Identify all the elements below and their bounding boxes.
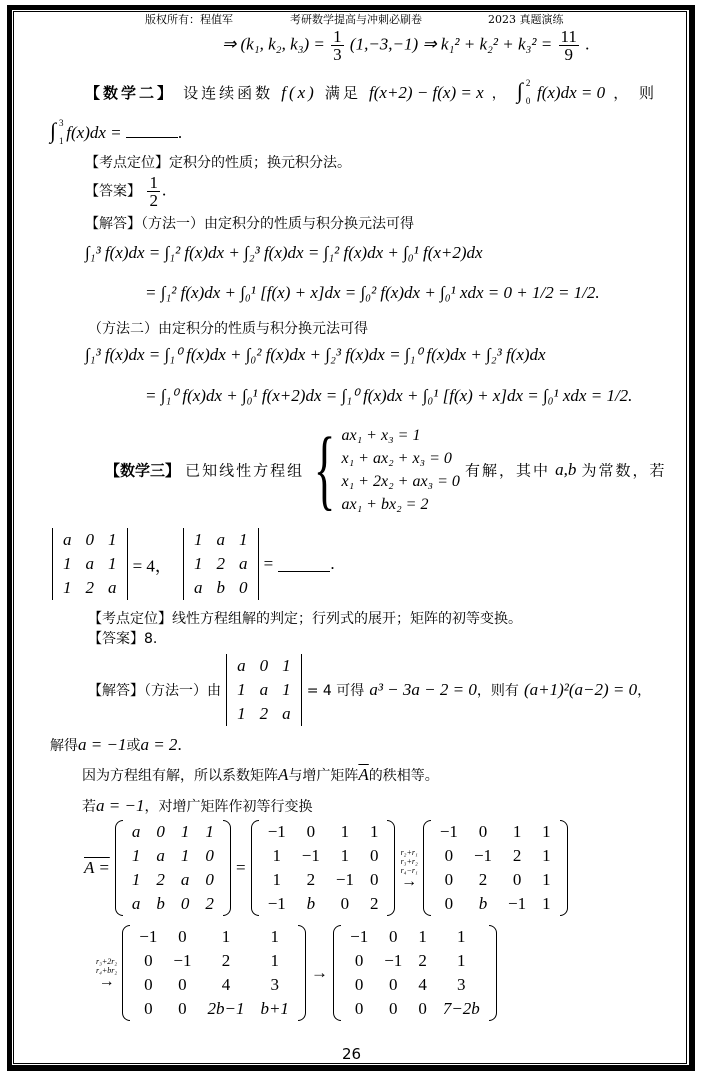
math2-answer: 【答案】 12.: [85, 174, 166, 209]
math2-tag: 【数学二】: [85, 84, 175, 102]
header-section: 2023 真题演练: [488, 11, 564, 27]
top-equation: ⇒ (k₁, k₂, k₃) = 13 (1,−3,−1) ⇒ k₁² + k₂…: [222, 28, 589, 63]
determinant-2: 1a1 12a ab0: [183, 528, 259, 600]
matrix-substituted: −1011 1−110 12−10 −1b02: [251, 820, 396, 916]
math3-question: 【数学三】 已知线性方程组 { ax₁ + x₃ = 1 x₁ + ax₂ + …: [105, 424, 666, 516]
page-number: 26: [342, 1045, 361, 1063]
math2-solution-intro: 【解答】（方法一）由定积分的性质与积分换元法可得: [85, 213, 414, 233]
determinant-1-repeat: a01 1a1 12a: [226, 654, 302, 726]
math2-method1-line2: = ∫₁² f(x)dx + ∫₀¹ [f(x) + x]dx = ∫₀² f(…: [145, 283, 600, 303]
math3-roots: 解得a = −1或a = 2.: [50, 735, 182, 755]
answer-blank: [126, 123, 178, 138]
math2-method2-line2: = ∫₁⁰ f(x)dx + ∫₀¹ f(x+2)dx = ∫₁⁰ f(x)dx…: [145, 386, 632, 406]
math3-determinants: a01 1a1 12a = 4， 1a1 12a ab0 = .: [52, 528, 335, 600]
matrix-step3: −1011 0−121 0043 0007−2b: [333, 925, 497, 1021]
row-operation-arrow-1: r₂+r₁r₃+r₂r₄−r₁→: [401, 848, 418, 889]
math3-tag: 【数学三】: [105, 462, 180, 480]
math3-answer: 【答案】8.: [88, 628, 157, 648]
answer-blank: [278, 557, 330, 572]
math2-method2-line1: ∫₁³ f(x)dx = ∫₁⁰ f(x)dx + ∫₀² f(x)dx + ∫…: [85, 345, 546, 365]
determinant-1: a01 1a1 12a: [52, 528, 128, 600]
math3-rank-statement: 因为方程组有解，所以系数矩阵A与增广矩阵A的秩相等。: [82, 765, 439, 785]
matrix-step1: −1011 0−121 0201 0b−11: [423, 820, 568, 916]
equation-system: ax₁ + x₃ = 1 x₁ + ax₂ + x₃ = 0 x₁ + 2x₂ …: [342, 424, 460, 516]
row-operation-arrow-2: r₃+2r₂r₄+br₂→: [96, 957, 117, 989]
math2-ask: ∫31 f(x)dx = .: [50, 118, 182, 144]
augmented-matrix-row2: r₃+2r₂r₄+br₂→ −1011 0−121 0043 002b−1b+1…: [96, 925, 497, 1021]
matrix-step2: −1011 0−121 0043 002b−1b+1: [122, 925, 306, 1021]
math3-case: 若a = −1，对增广矩阵作初等行变换: [82, 796, 312, 816]
math2-method2-intro: （方法二）由定积分的性质与积分换元法可得: [88, 318, 368, 338]
header-book-title: 考研数学提高与冲刺必刷卷: [290, 11, 422, 27]
math2-method1-line1: ∫₁³ f(x)dx = ∫₁² f(x)dx + ∫₂³ f(x)dx = ∫…: [85, 243, 483, 263]
math2-question: 【数学二】 设连续函数 f(x) 满足 f(x+2) − f(x) = x ， …: [85, 78, 657, 104]
matrix-abar: a011 1a10 12a0 ab02: [115, 820, 231, 916]
header-copyright: 版权所有：程值军: [145, 11, 233, 27]
math2-topic: 【考点定位】定积分的性质；换元积分法。: [85, 152, 351, 172]
math3-topic: 【考点定位】线性方程组解的判定；行列式的展开；矩阵的初等变换。: [88, 608, 522, 628]
augmented-matrix-row1: A = a011 1a10 12a0 ab02 = −1011 1−110 12…: [84, 820, 568, 916]
math3-solution: 【解答】（方法一）由 a01 1a1 12a = 4 可得 a³ − 3a − …: [88, 654, 651, 726]
